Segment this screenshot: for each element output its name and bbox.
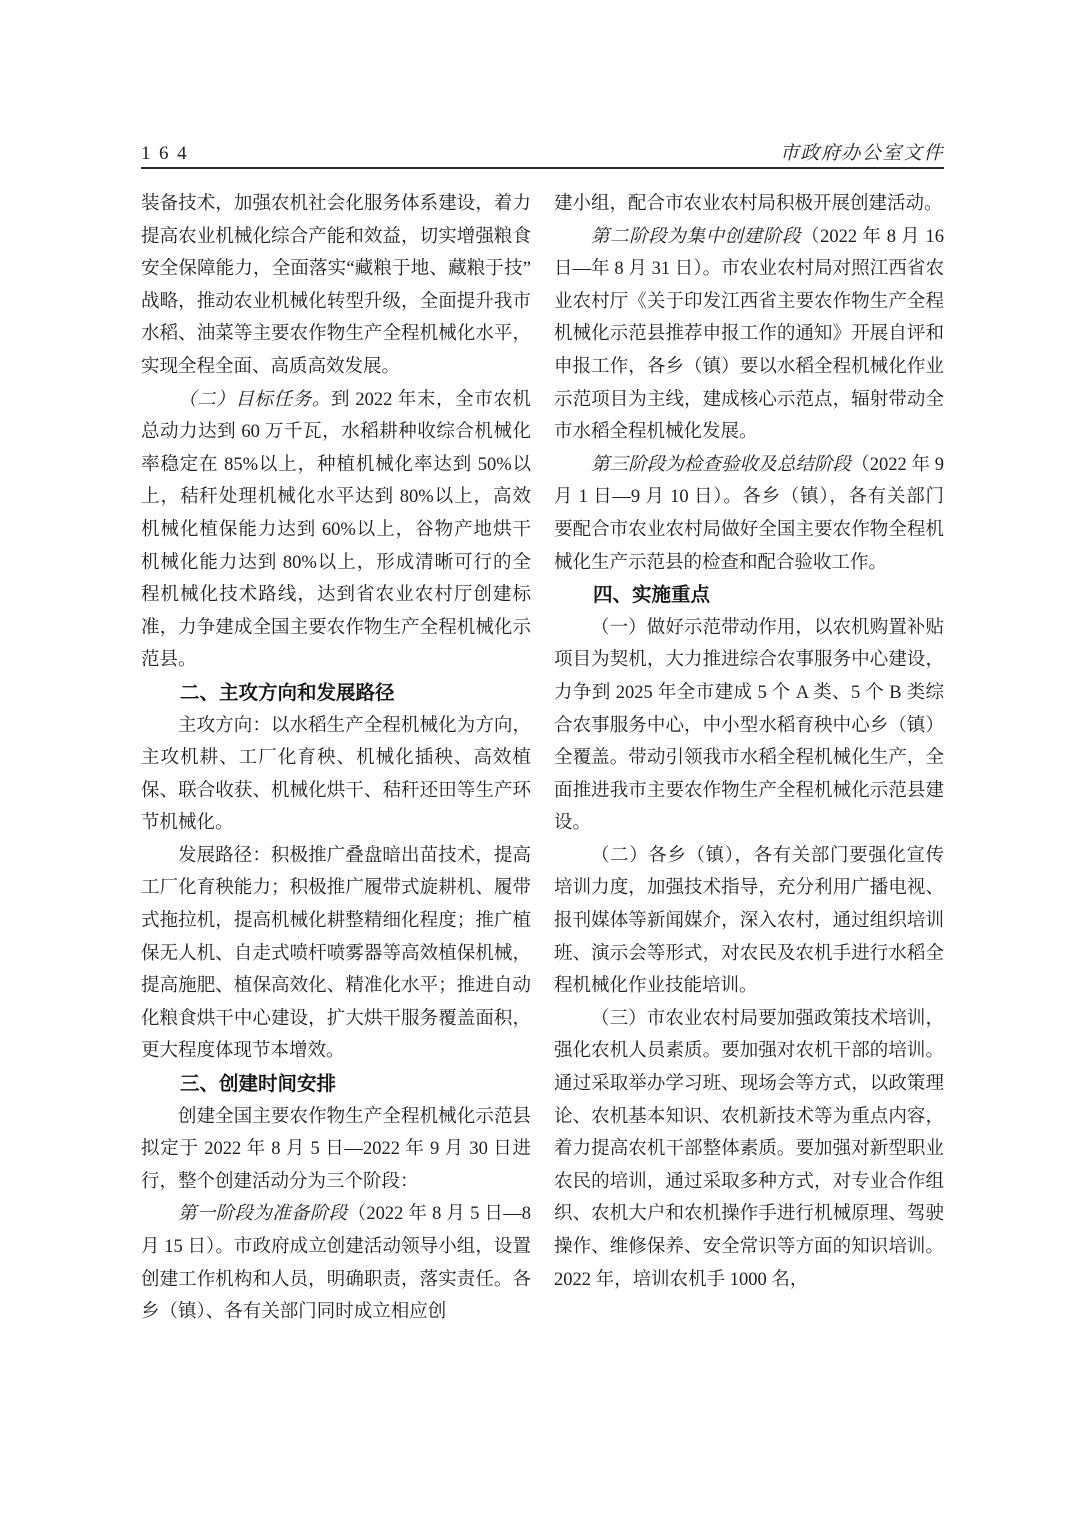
body-text: （一）做好示范带动作用，以农机购置补贴项目为契机，大力推进综合农事服务中心建设，…: [554, 618, 944, 834]
paragraph: （二）各乡（镇），各有关部门要强化宣传培训力度，加强技术指导，充分利用广播电视、…: [554, 840, 944, 1003]
kai-emphasis-text: 第三阶段为检查验收及总结阶段: [591, 455, 851, 475]
paragraph: （三）市农业农村局要加强政策技术培训，强化农机人员素质。要加强对农机干部的培训。…: [554, 1003, 944, 1296]
body-text: （2022 年 8 月 16 日—年 8 月 31 日）。市农业农村局对照江西省…: [554, 227, 944, 443]
body-text: （二）各乡（镇），各有关部门要强化宣传培训力度，加强技术指导，充分利用广播电视、…: [554, 846, 944, 996]
page-header: 164 市政府办公室文件: [141, 138, 944, 165]
body-text: 四、实施重点: [593, 584, 710, 606]
section-heading: 三、创建时间安排: [141, 1068, 531, 1101]
kai-emphasis-text: 第二阶段为集中创建阶段: [591, 227, 801, 247]
body-text: 装备技术，加强农机社会化服务体系建设，着力提高农业机械化综合产能和效益，切实增强…: [141, 194, 531, 377]
header-title: 市政府办公室文件: [780, 138, 944, 165]
paragraph: 装备技术，加强农机社会化服务体系建设，着力提高农业机械化综合产能和效益，切实增强…: [141, 188, 531, 384]
body-text: 三、创建时间安排: [180, 1073, 336, 1095]
paragraph: 主攻方向：以水稻生产全程机械化为方向，主攻机耕、工厂化育秧、机械化插秧、高效植保…: [141, 710, 531, 840]
paragraph: （一）做好示范带动作用，以农机购置补贴项目为契机，大力推进综合农事服务中心建设，…: [554, 612, 944, 840]
text-column-left: 装备技术，加强农机社会化服务体系建设，着力提高农业机械化综合产能和效益，切实增强…: [141, 188, 531, 1329]
page-number: 164: [141, 143, 195, 165]
body-text: 创建全国主要农作物生产全程机械化示范县拟定于 2022 年 8 月 5 日—20…: [141, 1107, 531, 1192]
kai-emphasis-text: 第一阶段为准备阶段: [178, 1204, 348, 1224]
document-body: 装备技术，加强农机社会化服务体系建设，着力提高农业机械化综合产能和效益，切实增强…: [141, 188, 944, 1329]
body-text: 发展路径：积极推广叠盘暗出苗技术，提高工厂化育秧能力；积极推广履带式旋耕机、履带…: [141, 846, 531, 1062]
paragraph: 创建全国主要农作物生产全程机械化示范县拟定于 2022 年 8 月 5 日—20…: [141, 1101, 531, 1199]
body-text: 主攻方向：以水稻生产全程机械化为方向，主攻机耕、工厂化育秧、机械化插秧、高效植保…: [141, 716, 531, 834]
text-column-right: 建小组，配合市农业农村局积极开展创建活动。第二阶段为集中创建阶段（2022 年 …: [554, 188, 944, 1329]
header-rule: [141, 167, 944, 169]
paragraph: 建小组，配合市农业农村局积极开展创建活动。: [554, 188, 944, 221]
body-text: 二、主攻方向和发展路径: [180, 682, 395, 704]
section-heading: 二、主攻方向和发展路径: [141, 677, 531, 710]
paragraph: 第一阶段为准备阶段（2022 年 8 月 5 日—8 月 15 日）。市政府成立…: [141, 1198, 531, 1328]
paragraph: 第二阶段为集中创建阶段（2022 年 8 月 16 日—年 8 月 31 日）。…: [554, 221, 944, 449]
body-text: （三）市农业农村局要加强政策技术培训，强化农机人员素质。要加强对农机干部的培训。…: [554, 1009, 944, 1290]
kai-emphasis-text: （二）目标任务。: [178, 390, 331, 410]
paragraph: 发展路径：积极推广叠盘暗出苗技术，提高工厂化育秧能力；积极推广履带式旋耕机、履带…: [141, 840, 531, 1068]
paragraph: 第三阶段为检查验收及总结阶段（2022 年 9 月 1 日—9 月 10 日）。…: [554, 449, 944, 579]
section-heading: 四、实施重点: [554, 579, 944, 612]
document-page: 164 市政府办公室文件 装备技术，加强农机社会化服务体系建设，着力提高农业机械…: [0, 0, 1074, 1520]
body-text: 到 2022 年末，全市农机总动力达到 60 万千瓦，水稻耕种收综合机械化率稳定…: [141, 390, 531, 671]
paragraph: （二）目标任务。到 2022 年末，全市农机总动力达到 60 万千瓦，水稻耕种收…: [141, 384, 531, 677]
body-text: 建小组，配合市农业农村局积极开展创建活动。: [554, 194, 943, 214]
